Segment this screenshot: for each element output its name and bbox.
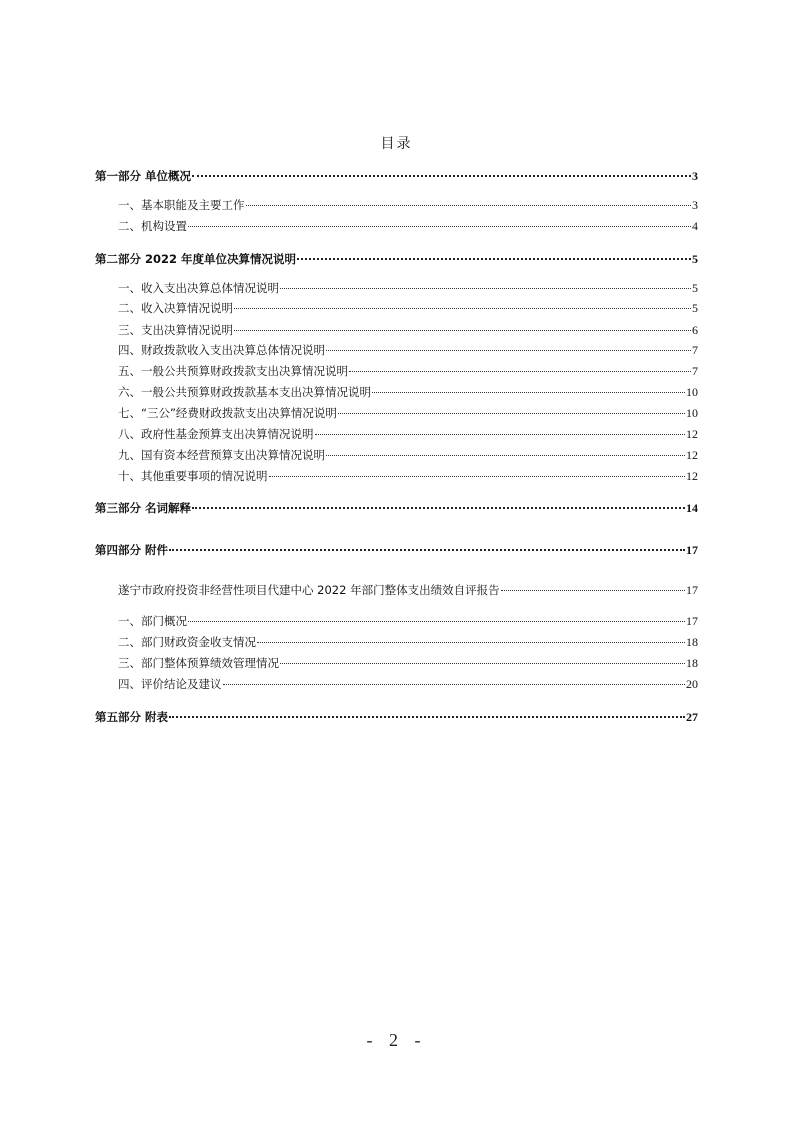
toc-entry-label: 七、“三公”经费财政拨款支出决算情况说明 xyxy=(118,405,337,421)
dot-leader xyxy=(297,246,691,260)
toc-entry-label: 一、收入支出决算总体情况说明 xyxy=(118,280,279,296)
toc-entry-label: 三、支出决算情况说明 xyxy=(118,322,233,338)
dot-leader xyxy=(188,214,691,227)
toc-entry-label: 四、评价结论及建议 xyxy=(118,676,222,692)
toc-entry-label: 第四部分 附件 xyxy=(95,542,168,558)
toc-entry-label: 五、一般公共预算财政拨款支出决算情况说明 xyxy=(118,363,348,379)
toc-entry-label: 第二部分 2022 年度单位决算情况说明 xyxy=(95,251,296,267)
toc-entry-page-number: 7 xyxy=(692,363,698,379)
toc-entry-label: 二、收入决算情况说明 xyxy=(118,300,233,316)
toc-entry-label: 十、其他重要事项的情况说明 xyxy=(118,468,268,484)
dot-leader xyxy=(188,609,685,622)
toc-entry-page-number: 17 xyxy=(686,582,698,598)
toc-entry-page-number: 14 xyxy=(686,500,698,516)
toc-entry-page-number: 10 xyxy=(686,384,698,400)
dot-leader xyxy=(315,422,686,435)
toc-entry-page-number: 4 xyxy=(692,218,698,234)
toc-entry-page-number: 20 xyxy=(686,676,698,692)
toc-title: 目录 xyxy=(0,133,793,153)
dot-leader xyxy=(326,443,685,456)
toc-entry-page-number: 17 xyxy=(686,542,698,558)
toc-part-entry[interactable]: 第五部分 附表27 xyxy=(95,707,698,725)
toc-entry-label: 第三部分 名词解释 xyxy=(95,500,191,516)
toc-entry-page-number: 5 xyxy=(692,251,698,267)
dot-leader xyxy=(192,495,685,509)
dot-leader xyxy=(501,578,685,591)
toc-section-entry[interactable]: 三、部门整体预算绩效管理情况18 xyxy=(118,654,698,671)
toc-section-entry[interactable]: 九、国有资本经营预算支出决算情况说明12 xyxy=(118,446,698,463)
toc-section-entry[interactable]: 六、一般公共预算财政拨款基本支出决算情况说明10 xyxy=(118,383,698,400)
toc-entry-label: 一、部门概况 xyxy=(118,613,187,629)
dot-leader xyxy=(234,318,691,331)
toc-section-entry[interactable]: 七、“三公”经费财政拨款支出决算情况说明10 xyxy=(118,404,698,421)
dot-leader xyxy=(234,296,691,309)
toc-entry-label: 四、财政拨款收入支出决算总体情况说明 xyxy=(118,342,325,358)
toc-entry-label: 第五部分 附表 xyxy=(95,709,168,725)
dot-leader xyxy=(338,401,685,414)
toc-entry-page-number: 5 xyxy=(692,280,698,296)
dot-leader xyxy=(169,537,685,551)
dot-leader xyxy=(192,163,691,177)
toc-section-entry[interactable]: 四、财政拨款收入支出决算总体情况说明7 xyxy=(118,341,698,358)
dot-leader xyxy=(326,338,691,351)
toc-section-entry[interactable]: 遂宁市政府投资非经营性项目代建中心 2022 年部门整体支出绩效自评报告17 xyxy=(118,581,698,598)
toc-entry-page-number: 7 xyxy=(692,342,698,358)
toc-entry-page-number: 12 xyxy=(686,426,698,442)
toc-entry-page-number: 5 xyxy=(692,300,698,316)
toc-entry-page-number: 18 xyxy=(686,655,698,671)
toc-entry-page-number: 17 xyxy=(686,613,698,629)
toc-entry-label: 第一部分 单位概况 xyxy=(95,168,191,184)
toc-entry-label: 遂宁市政府投资非经营性项目代建中心 2022 年部门整体支出绩效自评报告 xyxy=(118,582,500,598)
toc-section-entry[interactable]: 三、支出决算情况说明6 xyxy=(118,321,698,338)
toc-entry-label: 一、基本职能及主要工作 xyxy=(118,197,245,213)
toc-entry-page-number: 12 xyxy=(686,468,698,484)
dot-leader xyxy=(269,464,686,477)
toc-section-entry[interactable]: 八、政府性基金预算支出决算情况说明12 xyxy=(118,425,698,442)
toc-entry-page-number: 18 xyxy=(686,634,698,650)
toc-section-entry[interactable]: 五、一般公共预算财政拨款支出决算情况说明7 xyxy=(118,362,698,379)
toc-section-entry[interactable]: 一、基本职能及主要工作3 xyxy=(118,196,698,213)
toc-section-entry[interactable]: 一、收入支出决算总体情况说明5 xyxy=(118,279,698,296)
toc-part-entry[interactable]: 第二部分 2022 年度单位决算情况说明5 xyxy=(95,249,698,267)
toc-entry-label: 三、部门整体预算绩效管理情况 xyxy=(118,655,279,671)
dot-leader xyxy=(257,630,685,643)
dot-leader xyxy=(372,380,685,393)
toc-part-entry[interactable]: 第三部分 名词解释14 xyxy=(95,498,698,516)
toc-entry-label: 二、机构设置 xyxy=(118,218,187,234)
toc-section-entry[interactable]: 一、部门概况17 xyxy=(118,612,698,629)
toc-entry-page-number: 12 xyxy=(686,447,698,463)
toc-entry-page-number: 10 xyxy=(686,405,698,421)
page-number: - 2 - xyxy=(0,1030,793,1051)
toc-entry-label: 九、国有资本经营预算支出决算情况说明 xyxy=(118,447,325,463)
toc-part-entry[interactable]: 第四部分 附件17 xyxy=(95,540,698,558)
toc-entry-page-number: 3 xyxy=(692,168,698,184)
dot-leader xyxy=(223,672,686,685)
toc-entry-label: 二、部门财政资金收支情况 xyxy=(118,634,256,650)
dot-leader xyxy=(349,359,691,372)
dot-leader xyxy=(169,704,685,718)
toc-entry-label: 八、政府性基金预算支出决算情况说明 xyxy=(118,426,314,442)
toc-part-entry[interactable]: 第一部分 单位概况3 xyxy=(95,166,698,184)
toc-entry-page-number: 27 xyxy=(686,709,698,725)
toc-section-entry[interactable]: 四、评价结论及建议20 xyxy=(118,675,698,692)
toc-entry-label: 六、一般公共预算财政拨款基本支出决算情况说明 xyxy=(118,384,371,400)
dot-leader xyxy=(280,651,685,664)
toc-section-entry[interactable]: 十、其他重要事项的情况说明12 xyxy=(118,467,698,484)
toc-section-entry[interactable]: 二、部门财政资金收支情况18 xyxy=(118,633,698,650)
toc-section-entry[interactable]: 二、机构设置4 xyxy=(118,217,698,234)
toc-section-entry[interactable]: 二、收入决算情况说明5 xyxy=(118,299,698,316)
dot-leader xyxy=(246,193,692,206)
dot-leader xyxy=(280,276,691,289)
toc-entry-page-number: 6 xyxy=(692,322,698,338)
toc-entry-page-number: 3 xyxy=(692,197,698,213)
